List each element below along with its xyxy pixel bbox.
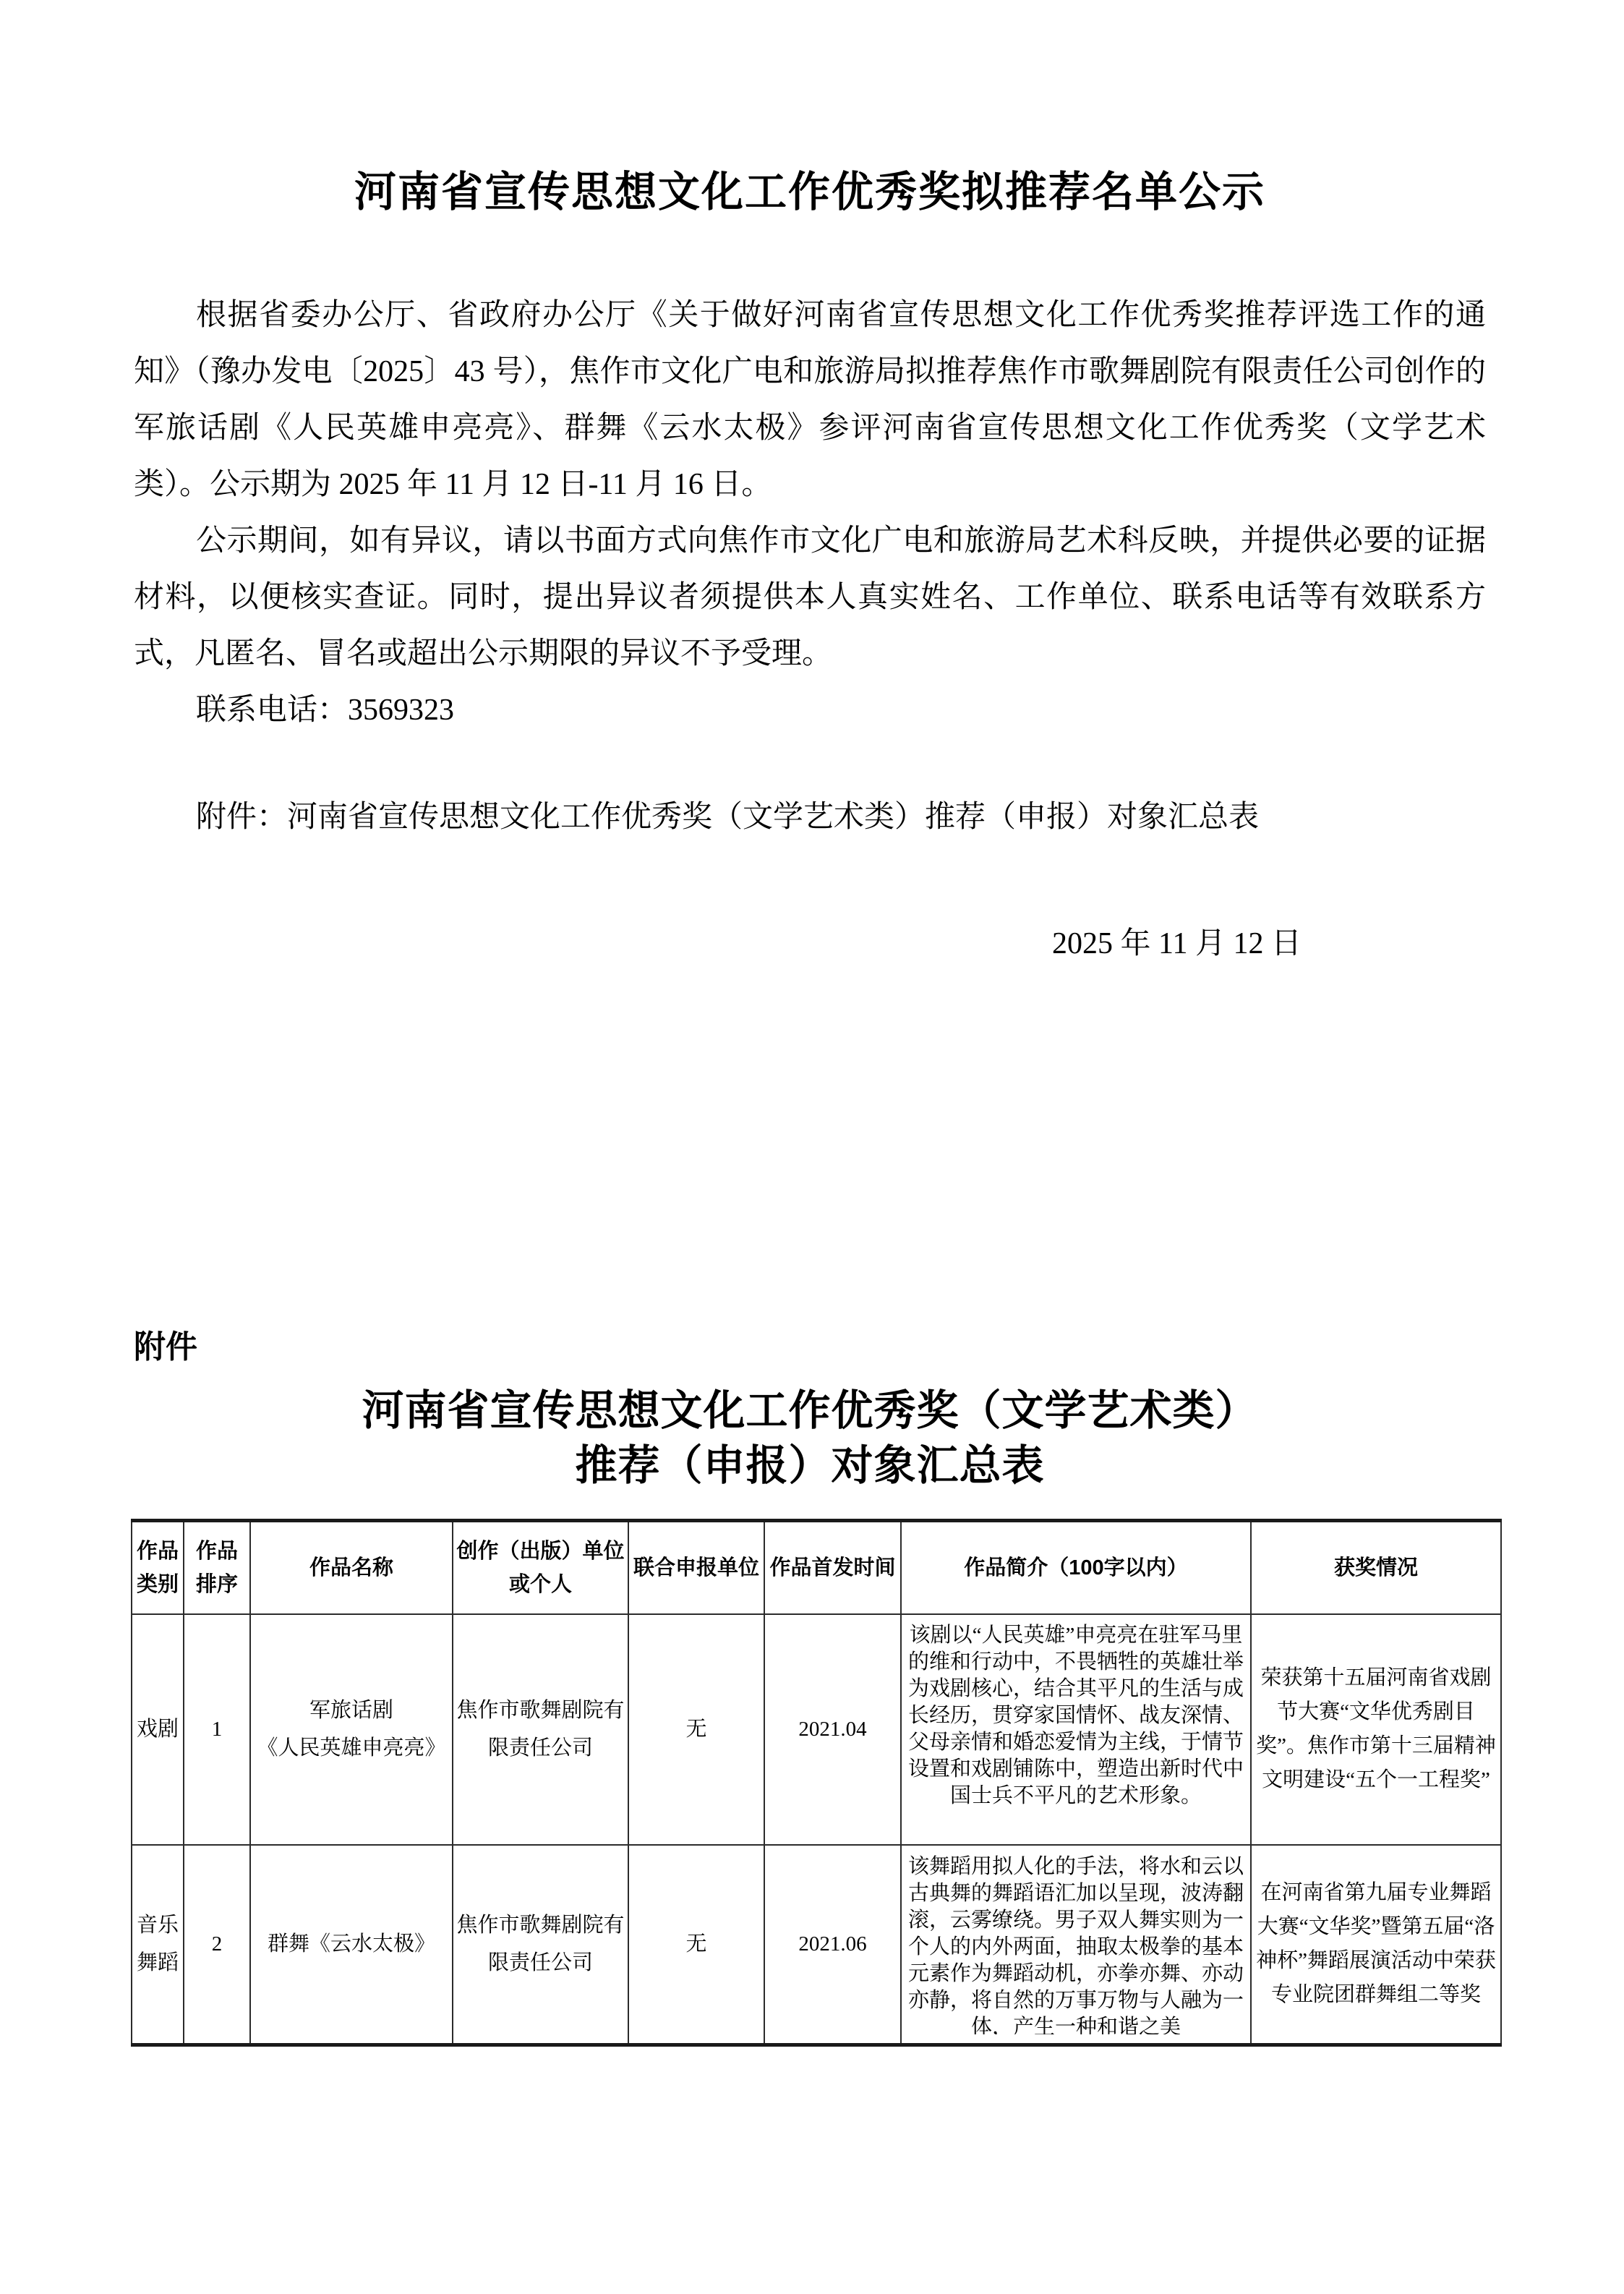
header-first-release: 作品首发时间: [764, 1521, 901, 1614]
cell-joint-declare: 无: [628, 1845, 764, 2045]
cell-first-release: 2021.04: [764, 1614, 901, 1845]
cell-intro: 该舞蹈用拟人化的手法，将水和云以古典舞的舞蹈语汇加以呈现，波涛翻滚，云雾缭绕。男…: [901, 1845, 1251, 2045]
header-work-name: 作品名称: [250, 1521, 453, 1614]
cell-order: 1: [184, 1614, 250, 1845]
table-row: 音乐 舞蹈 2 群舞《云水太极》 焦作市歌舞剧院有 限责任公司 无 2021.0…: [132, 1845, 1501, 2045]
cell-work-name: 群舞《云水太极》: [250, 1845, 453, 2045]
cell-joint-declare: 无: [628, 1614, 764, 1845]
paragraph-basis: 根据省委办公厅、省政府办公厅《关于做好河南省宣传思想文化工作优秀奖推荐评选工作的…: [134, 287, 1486, 513]
cell-category: 戏剧: [132, 1614, 184, 1845]
header-order: 作品 排序: [184, 1521, 250, 1614]
table-header-row: 作品 类别 作品 排序 作品名称 创作（出版）单位 或个人 联合申报单位 作品首…: [132, 1521, 1501, 1614]
cell-work-name: 军旅话剧 《人民英雄申亮亮》: [250, 1614, 453, 1845]
document-content: 河南省宣传思想文化工作优秀奖拟推荐名单公示 根据省委办公厅、省政府办公厅《关于做…: [0, 0, 1624, 2047]
header-intro: 作品简介（100字以内）: [901, 1521, 1251, 1614]
document-date: 2025 年 11 月 12 日: [134, 916, 1486, 972]
header-creator: 创作（出版）单位 或个人: [453, 1521, 628, 1614]
cell-awards: 在河南省第九届专业舞蹈大赛“文华奖”暨第五届“洛神杯”舞蹈展演活动中荣获专业院团…: [1251, 1845, 1501, 2045]
header-awards: 获奖情况: [1251, 1521, 1501, 1614]
cell-awards: 荣获第十五届河南省戏剧节大赛“文华优秀剧目奖”。焦作市第十三届精神文明建设“五个…: [1251, 1614, 1501, 1845]
header-category: 作品 类别: [132, 1521, 184, 1614]
contact-phone-line: 联系电话：3569323: [134, 682, 1486, 738]
cell-category: 音乐 舞蹈: [132, 1845, 184, 2045]
intro-text: 该剧以“人民英雄”申亮亮在驻军马里的维和行动中，不畏牺牲的英雄壮举为戏剧核心，结…: [902, 1622, 1250, 1837]
cell-creator: 焦作市歌舞剧院有 限责任公司: [453, 1614, 628, 1845]
cell-first-release: 2021.06: [764, 1845, 901, 2045]
document-page: 河南省宣传思想文化工作优秀奖拟推荐名单公示 根据省委办公厅、省政府办公厅《关于做…: [0, 0, 1624, 2294]
cell-creator: 焦作市歌舞剧院有 限责任公司: [453, 1845, 628, 2045]
recommendation-summary-table: 作品 类别 作品 排序 作品名称 创作（出版）单位 或个人 联合申报单位 作品首…: [131, 1519, 1502, 2047]
cell-order: 2: [184, 1845, 250, 2045]
paragraph-objection: 公示期间，如有异议，请以书面方式向焦作市文化广电和旅游局艺术科反映，并提供必要的…: [134, 513, 1486, 682]
annex-title: 河南省宣传思想文化工作优秀奖（文学艺术类） 推荐（申报）对象汇总表: [134, 1383, 1486, 1493]
table-row: 戏剧 1 军旅话剧 《人民英雄申亮亮》 焦作市歌舞剧院有 限责任公司 无 202…: [132, 1614, 1501, 1845]
intro-text: 该舞蹈用拟人化的手法，将水和云以古典舞的舞蹈语汇加以呈现，波涛翻滚，云雾缭绕。男…: [902, 1854, 1250, 2034]
header-joint-declare: 联合申报单位: [628, 1521, 764, 1614]
document-body: 根据省委办公厅、省政府办公厅《关于做好河南省宣传思想文化工作优秀奖推荐评选工作的…: [134, 287, 1486, 972]
cell-intro: 该剧以“人民英雄”申亮亮在驻军马里的维和行动中，不畏牺牲的英雄壮举为戏剧核心，结…: [901, 1614, 1251, 1845]
document-title: 河南省宣传思想文化工作优秀奖拟推荐名单公示: [134, 0, 1486, 215]
annex-label: 附件: [134, 1329, 1486, 1365]
attachment-reference-line: 附件：河南省宣传思想文化工作优秀奖（文学艺术类）推荐（申报）对象汇总表: [134, 789, 1486, 845]
